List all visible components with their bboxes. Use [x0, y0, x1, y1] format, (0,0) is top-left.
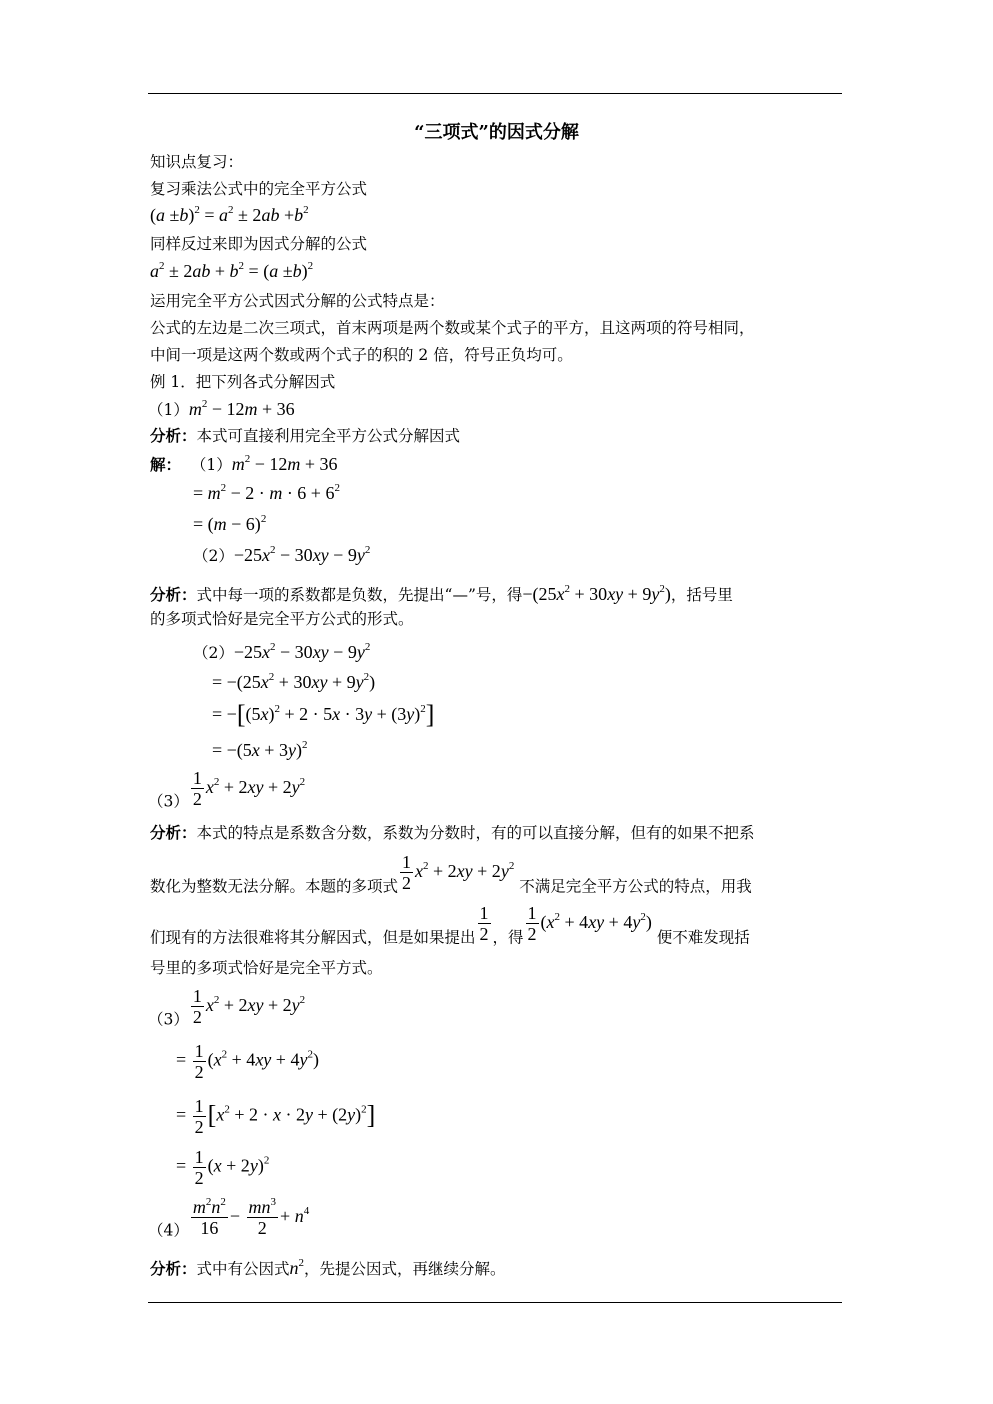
ex2-solution-line-1: （2）−25x2 − 30xy − 9y2: [193, 642, 370, 663]
ex1-solution-line-2: = m2 − 2 · m · 6 + 62: [193, 483, 340, 503]
ex3-problem: （3）12x2 + 2xy + 2y2: [148, 768, 305, 812]
ex2-solution-line-4: = −(5x + 3y)2: [212, 740, 307, 760]
footer-rule: [148, 1302, 842, 1303]
review-line-1: 复习乘法公式中的完全平方公式: [150, 179, 367, 199]
formula-2: a2 ± 2ab + b2 = (a ±b)2: [150, 261, 313, 281]
ex1-problem: （1）m2 − 12m + 36: [148, 399, 295, 420]
ex4-analysis: 分析：式中有公因式n2，先提公因式，再继续分解。: [150, 1258, 506, 1279]
ex3-solution-line-2: = 12(x2 + 4xy + 4y2): [176, 1041, 319, 1082]
review-line-2: 同样反过来即为因式分解的公式: [150, 234, 367, 254]
ex3-solution-line-4: = 12(x + 2y)2: [176, 1147, 269, 1188]
page-title: “三项式”的因式分解: [0, 121, 993, 145]
feature-line-1: 公式的左边是二次三项式，首末两项是两个数或某个式子的平方，且这两项的符号相同，: [150, 318, 755, 338]
ex1-solution-line-1: 解： （1）m2 − 12m + 36: [150, 454, 338, 475]
example-heading: 例 1．把下列各式分解因式: [150, 372, 335, 392]
ex3-analysis-line-2: 数化为整数无法分解。本题的多项式12x2 + 2xy + 2y2 不满足完全平方…: [150, 852, 752, 897]
ex2-analysis-line-1: 分析：式中每一项的系数都是负数，先提出“—”号，得−(25x2 + 30xy +…: [150, 584, 733, 605]
ex2-problem: （2）−25x2 − 30xy − 9y2: [193, 545, 370, 566]
ex3-solution-line-3: = 12[x2 + 2 · x · 2y + (2y)2]: [176, 1096, 375, 1137]
ex1-analysis: 分析：本式可直接利用完全平方公式分解因式: [150, 426, 460, 446]
formula-1: (a ±b)2 = a2 ± 2ab +b2: [150, 205, 309, 225]
ex3-analysis-line-3: 们现有的方法很难将其分解因式，但是如果提出12，得12(x2 + 4xy + 4…: [150, 903, 750, 948]
feature-line-2: 中间一项是这两个数或两个式子的积的 2 倍，符号正负均可。: [150, 345, 573, 365]
ex3-solution-line-1: （3）12x2 + 2xy + 2y2: [148, 986, 305, 1030]
ex4-problem: （4）m2n216− mn32+ n4: [148, 1197, 309, 1241]
ex3-analysis-line-4: 号里的多项式恰好是完全平方式。: [150, 958, 383, 978]
review-heading: 知识点复习：: [150, 152, 243, 172]
feature-heading: 运用完全平方公式因式分解的公式特点是：: [150, 291, 445, 311]
ex3-analysis-line-1: 分析：本式的特点是系数含分数，系数为分数时，有的可以直接分解，但有的如果不把系: [150, 823, 755, 843]
ex2-solution-line-3: = −[(5x)2 + 2 · 5x · 3y + (3y)2]: [212, 704, 434, 725]
ex2-solution-line-2: = −(25x2 + 30xy + 9y2): [212, 672, 375, 692]
ex2-analysis-line-2: 的多项式恰好是完全平方公式的形式。: [150, 609, 414, 629]
ex1-solution-line-3: = (m − 6)2: [193, 514, 266, 534]
header-rule: [148, 93, 842, 94]
